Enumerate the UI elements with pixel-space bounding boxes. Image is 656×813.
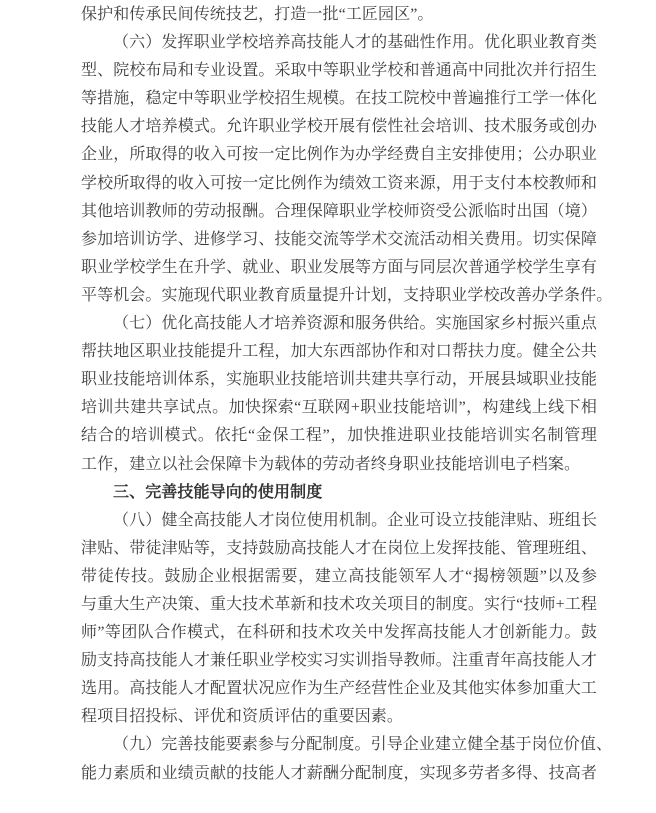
- text-line: 能力素质和业绩贡献的技能人才薪酬分配制度，实现多劳者多得、技高者: [81, 760, 597, 788]
- text-line: （九）完善技能要素参与分配制度。引导企业建立健全基于岗位价值、: [81, 731, 597, 759]
- text-line: 津贴、带徒津贴等，支持鼓励高技能人才在岗位上发挥技能、管理班组、: [81, 535, 597, 563]
- text-line: 型、院校布局和专业设置。采取中等职业学校和普通高中同批次并行招生: [81, 57, 597, 85]
- text-line: 技能人才培养模式。允许职业学校开展有偿性社会培训、技术服务或创办: [81, 113, 597, 141]
- text-line: 工作，建立以社会保障卡为载体的劳动者终身职业技能培训电子档案。: [81, 451, 597, 479]
- text-line: （八）健全高技能人才岗位使用机制。企业可设立技能津贴、班组长: [81, 507, 597, 535]
- text-line: 培训共建共享试点。加快探索“互联网+职业技能培训”，构建线上线下相: [81, 394, 597, 422]
- text-line: 结合的培训模式。依托“金保工程”，加快推进职业技能培训实名制管理: [81, 422, 597, 450]
- section-heading: 三、完善技能导向的使用制度: [81, 479, 597, 507]
- text-line: 企业，所取得的收入可按一定比例作为办学经费自主安排使用；公办职业: [81, 141, 597, 169]
- text-line: 学校所取得的收入可按一定比例作为绩效工资来源，用于支付本校教师和: [81, 170, 597, 198]
- text-line: 带徒传技。鼓励企业根据需要，建立高技能领军人才“揭榜领题”以及参: [81, 563, 597, 591]
- document-body: 保护和传承民间传统技艺，打造一批“工匠园区”。（六）发挥职业学校培养高技能人才的…: [81, 1, 597, 788]
- text-line: 师”等团队合作模式，在科研和技术攻关中发挥高技能人才创新能力。鼓: [81, 619, 597, 647]
- text-line: 选用。高技能人才配置状况应作为生产经营性企业及其他实体参加重大工: [81, 675, 597, 703]
- text-line: 平等机会。实施现代职业教育质量提升计划，支持职业学校改善办学条件。: [81, 282, 597, 310]
- text-line: 其他培训教师的劳动报酬。合理保障职业学校师资受公派临时出国（境）: [81, 198, 597, 226]
- text-line: 帮扶地区职业技能提升工程，加大东西部协作和对口帮扶力度。健全公共: [81, 338, 597, 366]
- text-line: （六）发挥职业学校培养高技能人才的基础性作用。优化职业教育类: [81, 29, 597, 57]
- text-line: 励支持高技能人才兼任职业学校实习实训指导教师。注重青年高技能人才: [81, 647, 597, 675]
- text-line: （七）优化高技能人才培养资源和服务供给。实施国家乡村振兴重点: [81, 310, 597, 338]
- text-line: 职业技能培训体系，实施职业技能培训共建共享行动，开展县域职业技能: [81, 366, 597, 394]
- text-line: 保护和传承民间传统技艺，打造一批“工匠园区”。: [81, 1, 597, 29]
- text-line: 与重大生产决策、重大技术革新和技术攻关项目的制度。实行“技师+工程: [81, 591, 597, 619]
- text-line: 参加培训访学、进修学习、技能交流等学术交流活动相关费用。切实保障: [81, 226, 597, 254]
- text-line: 程项目招投标、评优和资质评估的重要因素。: [81, 703, 597, 731]
- text-line: 等措施，稳定中等职业学校招生规模。在技工院校中普遍推行工学一体化: [81, 85, 597, 113]
- text-line: 职业学校学生在升学、就业、职业发展等方面与同层次普通学校学生享有: [81, 254, 597, 282]
- document-page: 保护和传承民间传统技艺，打造一批“工匠园区”。（六）发挥职业学校培养高技能人才的…: [0, 0, 656, 813]
